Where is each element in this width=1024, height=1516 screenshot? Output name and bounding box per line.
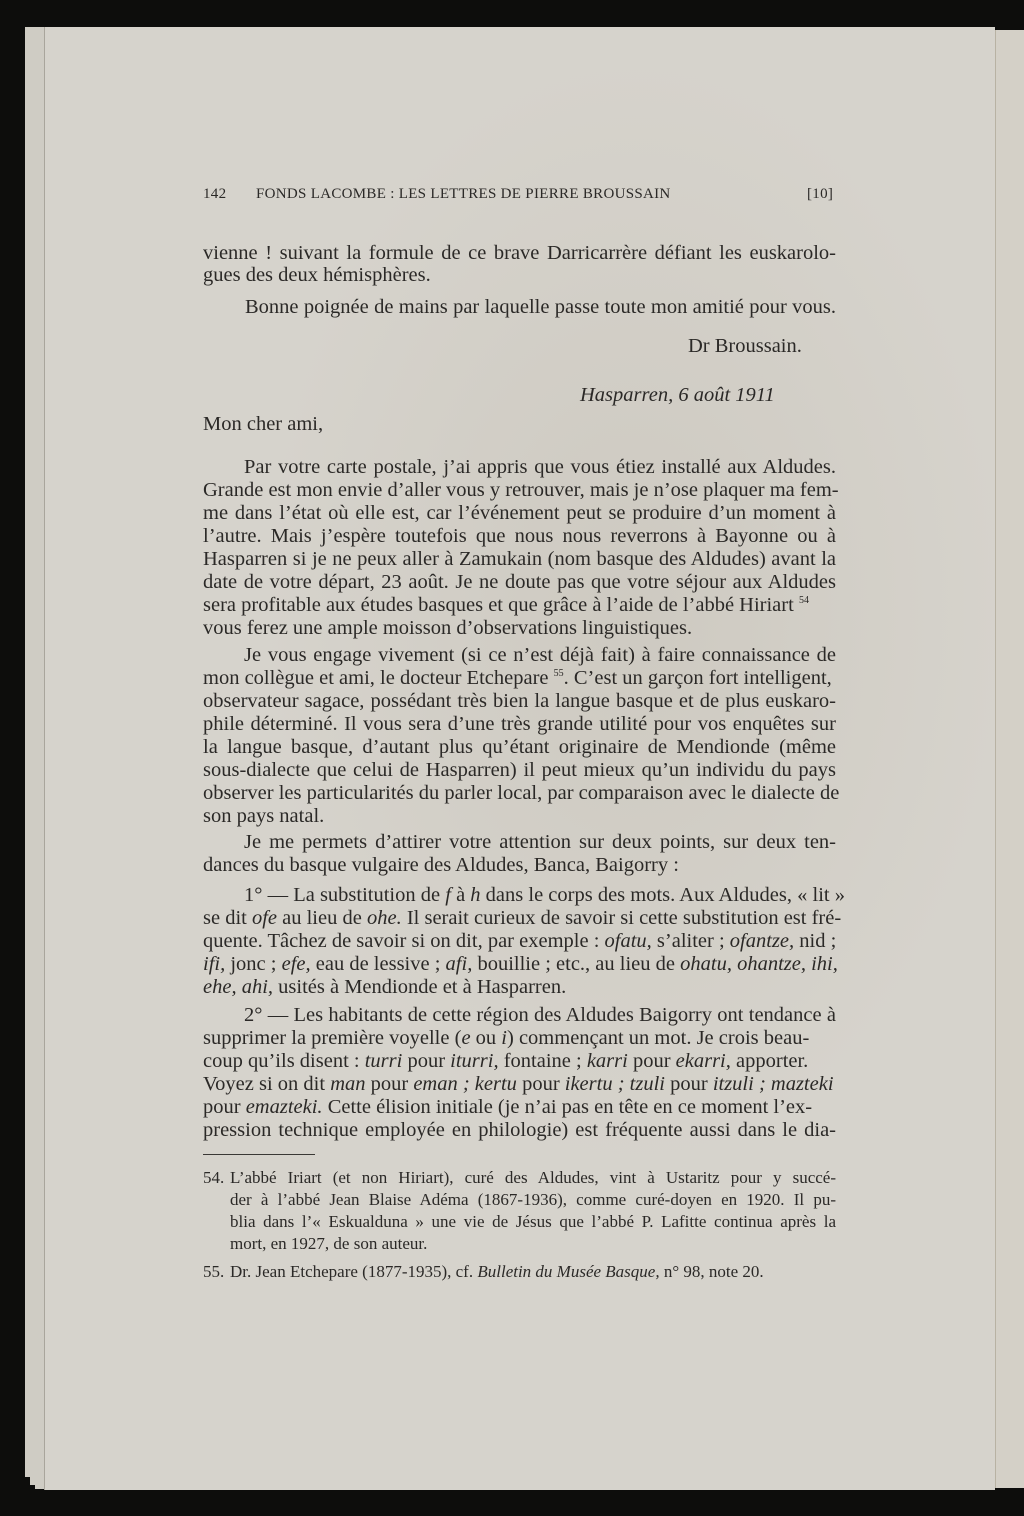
italic-term: ofantze, xyxy=(730,930,794,952)
italic-term: h xyxy=(470,884,480,906)
italic-term: ehe, ahi, xyxy=(203,976,273,998)
italic-term: emazteki. xyxy=(246,1096,323,1118)
text-line: vienne ! suivant la formule de ce brave … xyxy=(203,242,836,264)
text-line: Voyez si on dit man pour eman ; kertu po… xyxy=(203,1073,834,1095)
text-line: l’autre. Mais j’espère toutefois que nou… xyxy=(203,525,836,547)
text-line: Je me permets d’attirer votre attention … xyxy=(244,831,836,853)
text-line: Grande est mon envie d’aller vous y retr… xyxy=(203,479,836,501)
italic-term: ohatu, ohantze, ihi, xyxy=(680,953,838,975)
text-span: Dr. Jean Etchepare (1877-1935), cf. xyxy=(230,1262,477,1281)
footnote-line: Dr. Jean Etchepare (1877-1935), cf. Bull… xyxy=(230,1262,764,1281)
text-span: pour xyxy=(203,1096,246,1118)
text-line: quente. Tâchez de savoir si on dit, par … xyxy=(203,930,836,952)
section-number: [10] xyxy=(807,186,833,203)
footnote-line: der à l’abbé Jean Blaise Adéma (1867-193… xyxy=(230,1190,836,1209)
text-line: 1° — La substitution de f à h dans le co… xyxy=(244,884,845,906)
text-line: observateur sagace, possédant très bien … xyxy=(203,690,836,712)
page-number: 142 xyxy=(203,186,226,203)
text-span: eau de lessive ; xyxy=(311,953,446,975)
text-line: dances du basque vulgaire des Aldudes, B… xyxy=(203,854,679,876)
footnote-number: 55. xyxy=(203,1262,224,1281)
text-line: sous-dialecte que celui de Hasparren) il… xyxy=(203,759,836,781)
italic-term: ofe xyxy=(252,907,277,929)
text-span: . C’est un garçon fort intelligent, xyxy=(564,667,832,689)
text-line: date de votre départ, 23 août. Je ne dou… xyxy=(203,571,836,593)
text-span: pour xyxy=(402,1050,450,1072)
text-span: pour xyxy=(366,1073,414,1095)
italic-term: turri xyxy=(365,1050,403,1072)
text-span: sera profitable aux études basques et qu… xyxy=(203,594,794,616)
italic-term: ikertu ; tzuli xyxy=(565,1073,665,1095)
text-line: ifi, jonc ; efe, eau de lessive ; afi, b… xyxy=(203,953,838,975)
italic-term: e xyxy=(461,1027,470,1049)
footnote-line: L’abbé Iriart (et non Hiriart), curé des… xyxy=(230,1168,836,1187)
text-span: bouillie ; etc., au lieu de xyxy=(472,953,680,975)
footnote-rule xyxy=(203,1154,315,1155)
text-line: Par votre carte postale, j’ai appris que… xyxy=(244,456,836,478)
text-span: n° 98, note 20. xyxy=(660,1262,764,1281)
text-line: pour emazteki. Cette élision initiale (j… xyxy=(203,1096,812,1118)
text-span: pour xyxy=(665,1073,713,1095)
footnote-ref-55[interactable]: 55 xyxy=(554,668,564,679)
text-line: la langue basque, d’autant plus qu’étant… xyxy=(203,736,836,758)
journal-title: Bulletin du Musée Basque, xyxy=(477,1262,659,1281)
text-span: jonc ; xyxy=(225,953,281,975)
italic-term: ekarri, xyxy=(676,1050,731,1072)
text-line: vous ferez une ample moisson d’observati… xyxy=(203,617,692,639)
text-span: coup qu’ils disent : xyxy=(203,1050,365,1072)
text-line-with-footnote: mon collègue et ami, le docteur Etchepar… xyxy=(203,667,832,689)
footnote-ref-54[interactable]: 54 xyxy=(799,595,809,606)
italic-term: ifi, xyxy=(203,953,225,975)
text-span: usités à Mendionde et à Hasparren. xyxy=(273,976,566,998)
text-span: 1° — La substitution de xyxy=(244,884,445,906)
text-line: coup qu’ils disent : turri pour iturri, … xyxy=(203,1050,808,1072)
text-span: se dit xyxy=(203,907,252,929)
italic-term: man xyxy=(330,1073,365,1095)
text-span: supprimer la première voyelle ( xyxy=(203,1027,461,1049)
text-line: gues des deux hémisphères. xyxy=(203,264,431,286)
text-line: phile déterminé. Il vous sera d’une très… xyxy=(203,713,836,735)
text-span: s’aliter ; xyxy=(652,930,730,952)
text-line: son pays natal. xyxy=(203,805,324,827)
italic-term: eman ; kertu xyxy=(413,1073,517,1095)
salutation: Mon cher ami, xyxy=(203,413,323,435)
adjacent-page-edge xyxy=(994,30,1024,1488)
text-line-with-footnote: sera profitable aux études basques et qu… xyxy=(203,594,809,616)
text-line: pression technique employée en philologi… xyxy=(203,1119,836,1141)
text-line: Hasparren si je ne peux aller à Zamukain… xyxy=(203,548,836,570)
text-span: nid ; xyxy=(794,930,836,952)
text-span: Voyez si on dit xyxy=(203,1073,330,1095)
text-span: fontaine ; xyxy=(499,1050,587,1072)
text-span: Il serait curieux de savoir si cette sub… xyxy=(402,907,841,929)
text-span: apporter. xyxy=(731,1050,808,1072)
text-span: dans le corps des mots. Aux Aldudes, « l… xyxy=(481,884,845,906)
running-title: FONDS LACOMBE : LES LETTRES DE PIERRE BR… xyxy=(256,186,671,203)
text-span: mon collègue et ami, le docteur Etchepar… xyxy=(203,667,549,689)
text-line: 2° — Les habitants de cette région des A… xyxy=(244,1004,836,1026)
place-date: Hasparren, 6 août 1911 xyxy=(580,384,775,406)
text-span: pour xyxy=(517,1073,565,1095)
text-line: me dans l’état où elle est, car l’événem… xyxy=(203,502,836,524)
text-span: pour xyxy=(628,1050,676,1072)
footnote-line: mort, en 1927, de son auteur. xyxy=(230,1234,427,1253)
signature: Dr Broussain. xyxy=(688,335,802,357)
text-line: Je vous engage vivement (si ce n’est déj… xyxy=(244,644,836,666)
text-span: ou xyxy=(471,1027,502,1049)
text-span: quente. Tâchez de savoir si on dit, par … xyxy=(203,930,605,952)
text-span: à xyxy=(451,884,470,906)
italic-term: iturri, xyxy=(450,1050,498,1072)
italic-term: efe, xyxy=(282,953,311,975)
text-span: au lieu de xyxy=(277,907,367,929)
text-span: Cette élision initiale (je n’ai pas en t… xyxy=(323,1096,813,1118)
text-span: ) commençant un mot. Je crois beau- xyxy=(507,1027,809,1049)
italic-term: karri xyxy=(587,1050,628,1072)
text-line: observer les particularités du parler lo… xyxy=(203,782,836,804)
italic-term: ofatu, xyxy=(605,930,652,952)
closing-line: Bonne poignée de mains par laquelle pass… xyxy=(245,296,836,318)
italic-term: ohe. xyxy=(367,907,402,929)
footnote-number: 54. xyxy=(203,1168,224,1187)
footnote-line: blia dans l’« Eskualduna » une vie de Jé… xyxy=(230,1212,836,1231)
italic-term: afi, xyxy=(446,953,473,975)
text-line: ehe, ahi, usités à Mendionde et à Haspar… xyxy=(203,976,566,998)
text-line: se dit ofe au lieu de ohe. Il serait cur… xyxy=(203,907,841,929)
italic-term: itzuli ; mazteki xyxy=(713,1073,834,1095)
text-line: supprimer la première voyelle (e ou i) c… xyxy=(203,1027,809,1049)
